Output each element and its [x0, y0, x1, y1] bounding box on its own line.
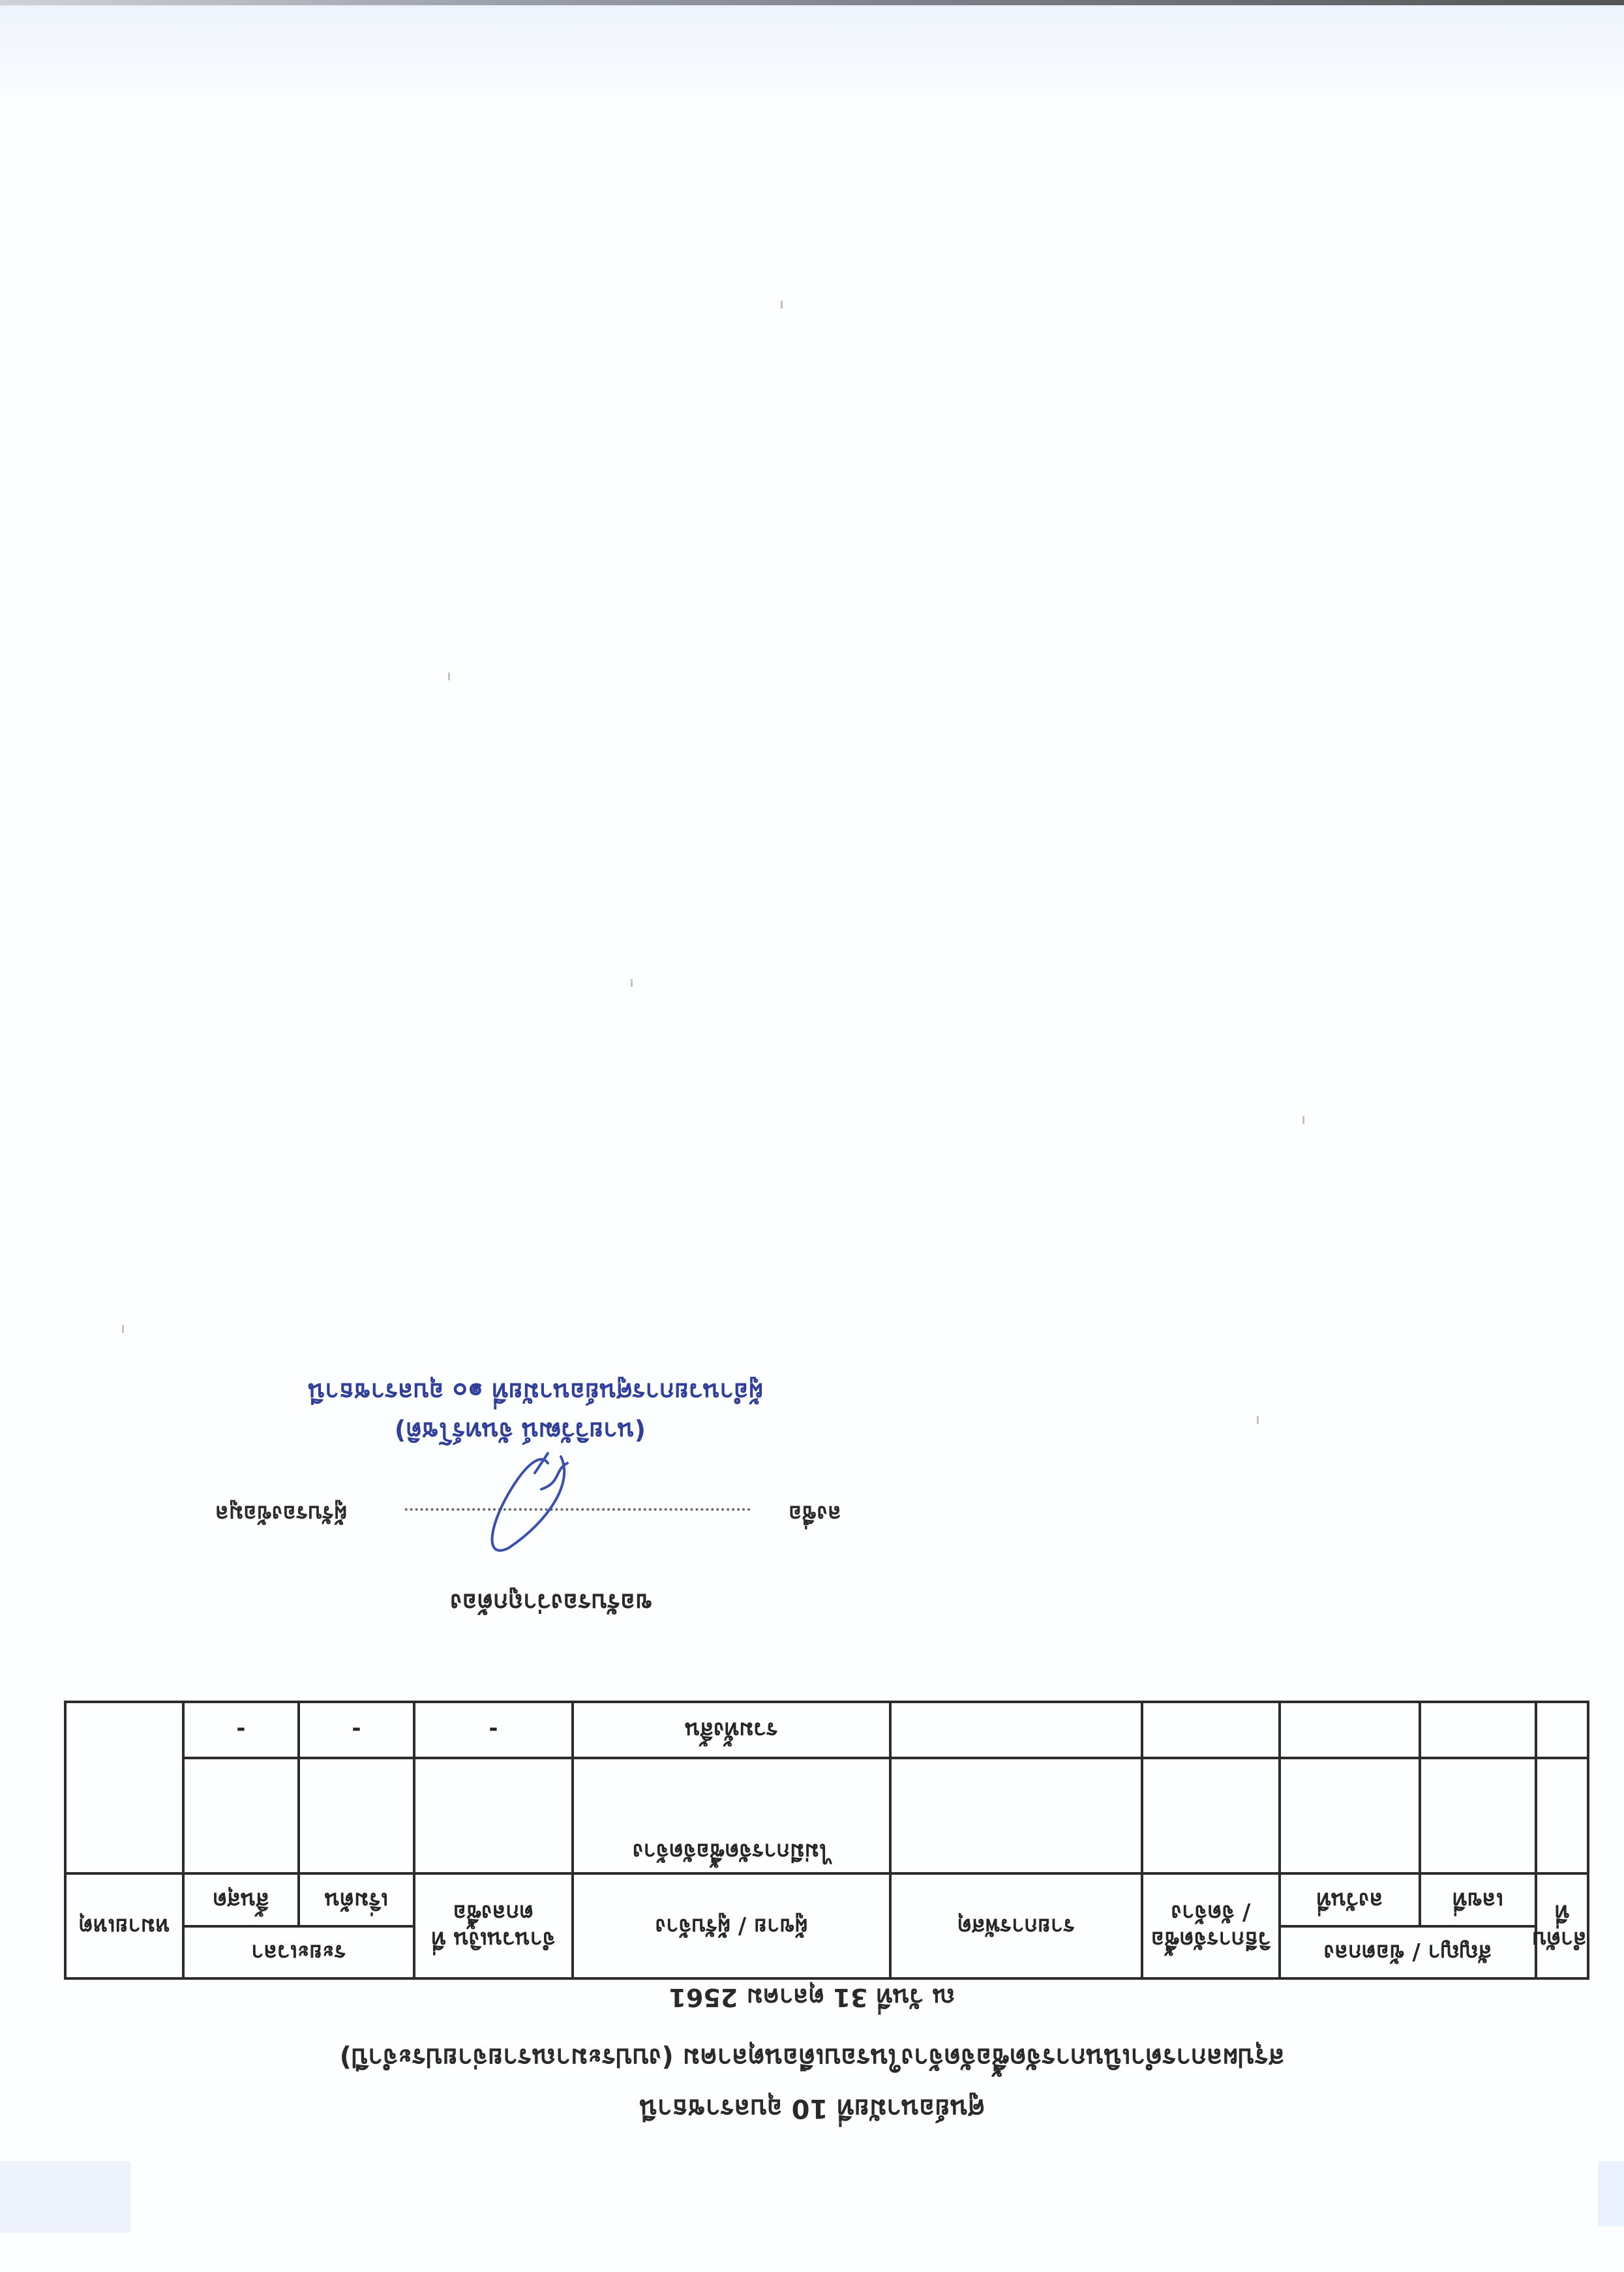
header-amount: จำนวนเงิน ที่ตกลงซื้อ — [414, 1873, 573, 1978]
header-contract-group: สัญญา / ข้อตกลง — [1280, 1926, 1536, 1978]
cell-end — [183, 1758, 299, 1873]
header-start: เริ่มต้น — [299, 1873, 414, 1926]
procurement-summary-table: ลำดับที่ สัญญา / ข้อตกลง วิธีการจัดซื้อ … — [64, 1701, 1589, 1980]
total-label: รวมทั้งสิ้น — [573, 1702, 890, 1758]
signer-title: ผู้อำนวยการศูนย์อนามัยที่ ๑๐ อุบลราชธานี — [308, 1372, 763, 1412]
scan-speck — [1257, 1416, 1259, 1424]
total-cell-no — [1536, 1702, 1588, 1758]
table-row: ไม่มีการจัดซื้อจัดจ้าง — [65, 1758, 1588, 1873]
sign-suffix: ผู้รับรองข้อมูล — [215, 1496, 347, 1532]
header-no: ลำดับที่ — [1536, 1873, 1588, 1978]
total-cell-method — [1142, 1702, 1280, 1758]
cell-no — [1536, 1758, 1588, 1873]
scan-speck — [781, 301, 783, 309]
header-method: วิธีการจัดซื้อ / จัดจ้าง — [1142, 1873, 1280, 1978]
scanned-document-page: ศูนย์อนามัยที่ 10 อุบลราชธานี สรุปผลการด… — [0, 0, 1624, 2272]
header-vendor: ผู้ขาย / ผู้รับจ้าง — [573, 1873, 890, 1978]
document-title-organization: ศูนย์อนามัยที่ 10 อุบลราชธานี — [0, 2088, 1624, 2130]
total-end: - — [183, 1702, 299, 1758]
scan-speck — [631, 979, 633, 987]
scan-speck — [122, 1325, 124, 1333]
header-end: สิ้นสุด — [183, 1873, 299, 1926]
certification-text: ขอรับรองว่าถูกต้อง — [450, 1583, 652, 1623]
table-total-row: รวมทั้งสิ้น - - - — [65, 1702, 1588, 1758]
header-contract-no: เลขที่ — [1420, 1873, 1536, 1926]
cell-contract-no — [1420, 1758, 1536, 1873]
total-cell-contract-no — [1420, 1702, 1536, 1758]
total-cell-item — [890, 1702, 1142, 1758]
scan-speck — [448, 673, 450, 680]
cell-method — [1142, 1758, 1280, 1873]
total-start: - — [299, 1702, 414, 1758]
sign-prefix: ลงชื่อ — [789, 1496, 841, 1532]
cell-contract-date — [1280, 1758, 1420, 1873]
scanner-artifact-left — [1598, 2161, 1624, 2226]
cell-item — [890, 1758, 1142, 1873]
total-amount: - — [414, 1702, 573, 1758]
handwritten-signature-icon — [470, 1450, 587, 1561]
header-period-group: ระยะเวลา — [183, 1926, 414, 1978]
total-cell-contract-date — [1280, 1702, 1420, 1758]
scan-speck — [1302, 1116, 1304, 1124]
cell-remarks — [65, 1702, 183, 1873]
document-date-line: ณ วันที่ 31 ตุลาคม 2561 — [0, 1978, 1624, 2018]
document-title-summary: สรุปผลการดำเนินการจัดซื้อจัดจ้างในรอบเดื… — [0, 2037, 1624, 2079]
cell-vendor: ไม่มีการจัดซื้อจัดจ้าง — [573, 1758, 890, 1873]
cell-amount — [414, 1758, 573, 1873]
cell-start — [299, 1758, 414, 1873]
scanner-artifact-right — [0, 2161, 130, 2233]
scanner-edge — [0, 0, 1624, 5]
scanner-shadow-band — [0, 0, 1624, 104]
table-header-row: ลำดับที่ สัญญา / ข้อตกลง วิธีการจัดซื้อ … — [65, 1926, 1588, 1978]
signer-name: (นายวิวัฒน์ จันทร์โชติ) — [395, 1412, 646, 1451]
header-item: รายการพัสดุ — [890, 1873, 1142, 1978]
header-remarks: หมายเหตุ — [65, 1873, 183, 1978]
header-contract-date: ลงวันที่ — [1280, 1873, 1420, 1926]
